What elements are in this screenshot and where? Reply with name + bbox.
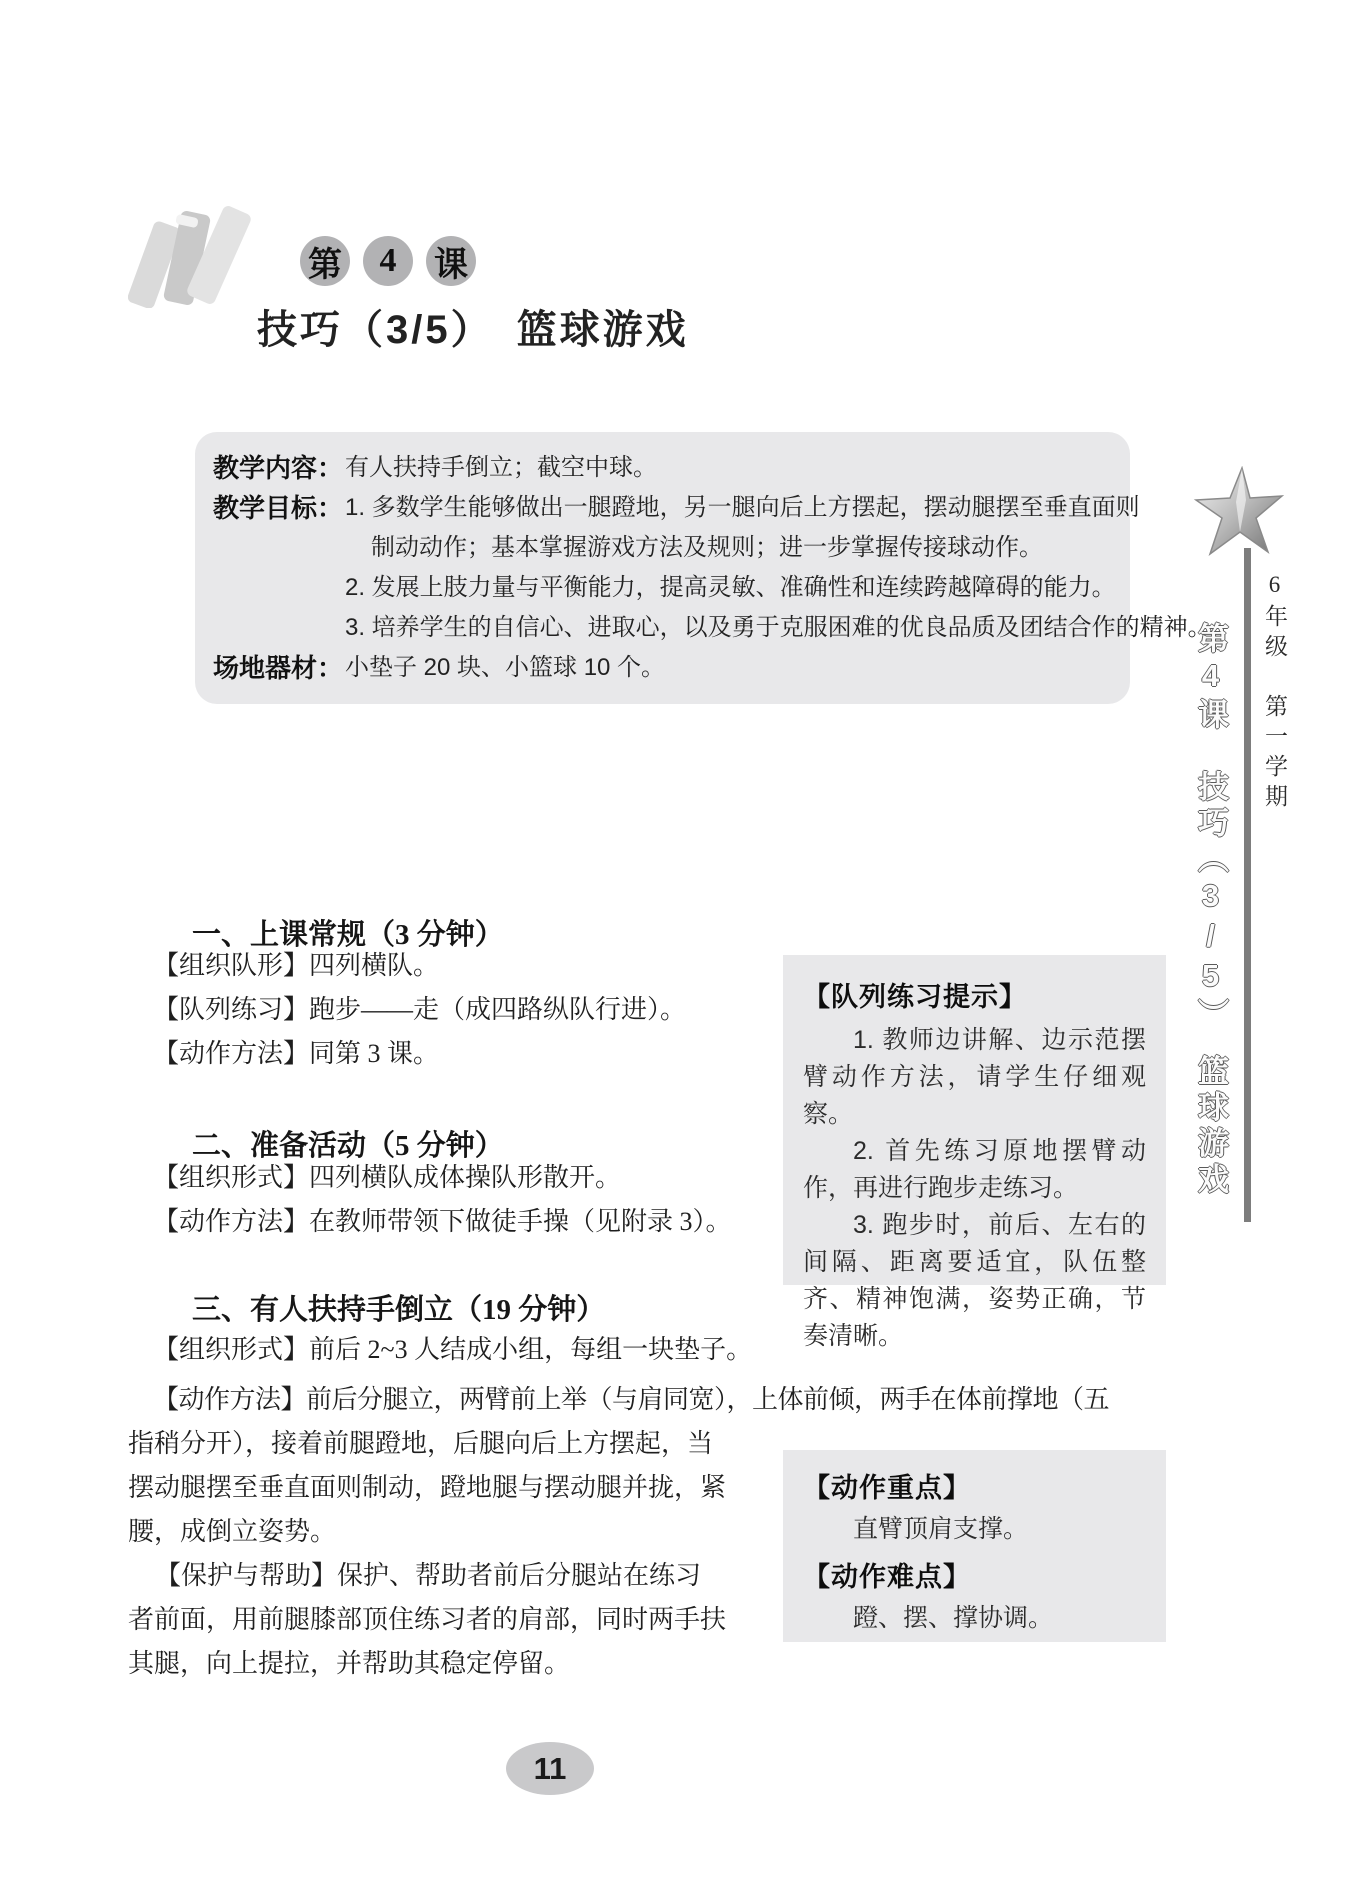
textbook-page: 第 4 课 技巧（3/5） 篮球游戏 教学内容： 有人扶持手倒立；截空中球。 教… <box>0 0 1353 1885</box>
goal-line: 3. 培养学生的自信心、进取心，以及勇于克服困难的优良品质及团结合作的精神。 <box>345 608 1212 648</box>
drill-tip-item: 1. 教师边讲解、边示范摆臂动作方法，请学生仔细观察。 <box>803 1022 1146 1133</box>
teaching-content-row: 教学内容： 有人扶持手倒立；截空中球。 <box>213 448 1114 488</box>
sidebar-grade-text: 6年级 第一学期 <box>1258 572 1291 814</box>
equipment-text: 小垫子 20 块、小篮球 10 个。 <box>345 648 665 688</box>
badge-char: 第 <box>300 236 350 286</box>
key-points-box: 【动作重点】 直臂顶肩支撑。 【动作难点】 蹬、摆、撑协调。 <box>783 1450 1166 1642</box>
section-3-method-body: 指稍分开），接着前腿蹬地，后腿向后上方摆起，当 摆动腿摆至垂直面则制动，蹬地腿与… <box>128 1422 726 1686</box>
section-3-organization: 【组织形式】前后 2~3 人结成小组，每组一块垫子。 <box>153 1328 752 1372</box>
drill-tip-item: 2. 首先练习原地摆臂动作，再进行跑步走练习。 <box>803 1133 1146 1207</box>
star-icon <box>1192 466 1284 563</box>
text-line: 【动作方法】前后分腿立，两臂前上举（与肩同宽），上体前倾，两手在体前撑地（五 <box>153 1378 1109 1422</box>
text-line: 【保护与帮助】保护、帮助者前后分腿站在练习 <box>128 1554 726 1598</box>
text-line: 【组织形式】四列横队成体操队形散开。 <box>153 1156 732 1200</box>
equipment-row: 场地器材： 小垫子 20 块、小篮球 10 个。 <box>213 648 1114 688</box>
goal-line: 1. 多数学生能够做出一腿蹬地，另一腿向后上方摆起，摆动腿摆至垂直面则 <box>345 488 1212 528</box>
section-3-method-first-line: 【动作方法】前后分腿立，两臂前上举（与肩同宽），上体前倾，两手在体前撑地（五 <box>153 1378 1109 1422</box>
drill-tip-item: 3. 跑步时，前后、左右的间隔、距离要适宜，队伍整齐、精神饱满，姿势正确，节奏清… <box>803 1207 1146 1355</box>
text-line: 指稍分开），接着前腿蹬地，后腿向后上方摆起，当 <box>128 1422 726 1466</box>
teaching-info-box: 教学内容： 有人扶持手倒立；截空中球。 教学目标： 1. 多数学生能够做出一腿蹬… <box>195 432 1130 704</box>
drill-tip-title: 【队列练习提示】 <box>803 975 1146 1014</box>
text-line: 腰，成倒立姿势。 <box>128 1510 726 1554</box>
key-point-title: 【动作重点】 <box>803 1466 1146 1505</box>
lesson-number-badge: 第 4 课 <box>300 236 476 286</box>
section-1-body: 【组织队形】四列横队。 【队列练习】跑步——走（成四路纵队行进）。 【动作方法】… <box>153 944 686 1076</box>
difficulty-text: 蹬、摆、撑协调。 <box>803 1602 1146 1634</box>
teaching-content-text: 有人扶持手倒立；截空中球。 <box>345 448 657 488</box>
text-line: 【组织队形】四列横队。 <box>153 944 686 988</box>
goal-line: 2. 发展上肢力量与平衡能力，提高灵敏、准确性和连续跨越障碍的能力。 <box>345 568 1212 608</box>
section-2-body: 【组织形式】四列横队成体操队形散开。 【动作方法】在教师带领下做徒手操（见附录 … <box>153 1156 732 1244</box>
goal-line: 制动动作；基本掌握游戏方法及规则；进一步掌握传接球动作。 <box>345 528 1212 568</box>
sidebar-lesson-text: 第4课 技巧（3/5） 篮球游戏 <box>1188 622 1233 1199</box>
page-title: 技巧（3/5） 篮球游戏 <box>257 298 689 355</box>
teaching-content-label: 教学内容： <box>213 448 345 488</box>
equipment-label: 场地器材： <box>213 648 345 688</box>
teaching-goal-lines: 1. 多数学生能够做出一腿蹬地，另一腿向后上方摆起，摆动腿摆至垂直面则 制动动作… <box>345 488 1212 648</box>
section-3-heading: 三、有人扶持手倒立（19 分钟） <box>192 1287 605 1328</box>
text-line: 【队列练习】跑步——走（成四路纵队行进）。 <box>153 988 686 1032</box>
text-line: 者前面，用前腿膝部顶住练习者的肩部，同时两手扶 <box>128 1598 726 1642</box>
sidebar-rule <box>1244 548 1251 1222</box>
page-number-badge: 11 <box>506 1742 594 1795</box>
teaching-goal-label: 教学目标： <box>213 488 345 528</box>
text-line: 【动作方法】同第 3 课。 <box>153 1032 686 1076</box>
text-line: 【动作方法】在教师带领下做徒手操（见附录 3）。 <box>153 1200 732 1244</box>
text-line: 【组织形式】前后 2~3 人结成小组，每组一块垫子。 <box>153 1328 752 1372</box>
books-icon <box>128 190 258 313</box>
badge-char: 课 <box>426 236 476 286</box>
difficulty-title: 【动作难点】 <box>803 1555 1146 1594</box>
key-point-text: 直臂顶肩支撑。 <box>803 1513 1146 1545</box>
drill-tip-box: 【队列练习提示】 1. 教师边讲解、边示范摆臂动作方法，请学生仔细观察。 2. … <box>783 955 1166 1285</box>
text-line: 其腿，向上提拉，并帮助其稳定停留。 <box>128 1642 726 1686</box>
text-line: 摆动腿摆至垂直面则制动，蹬地腿与摆动腿并拢，紧 <box>128 1466 726 1510</box>
badge-number: 4 <box>363 236 413 286</box>
teaching-goal-row: 教学目标： 1. 多数学生能够做出一腿蹬地，另一腿向后上方摆起，摆动腿摆至垂直面… <box>213 488 1114 648</box>
